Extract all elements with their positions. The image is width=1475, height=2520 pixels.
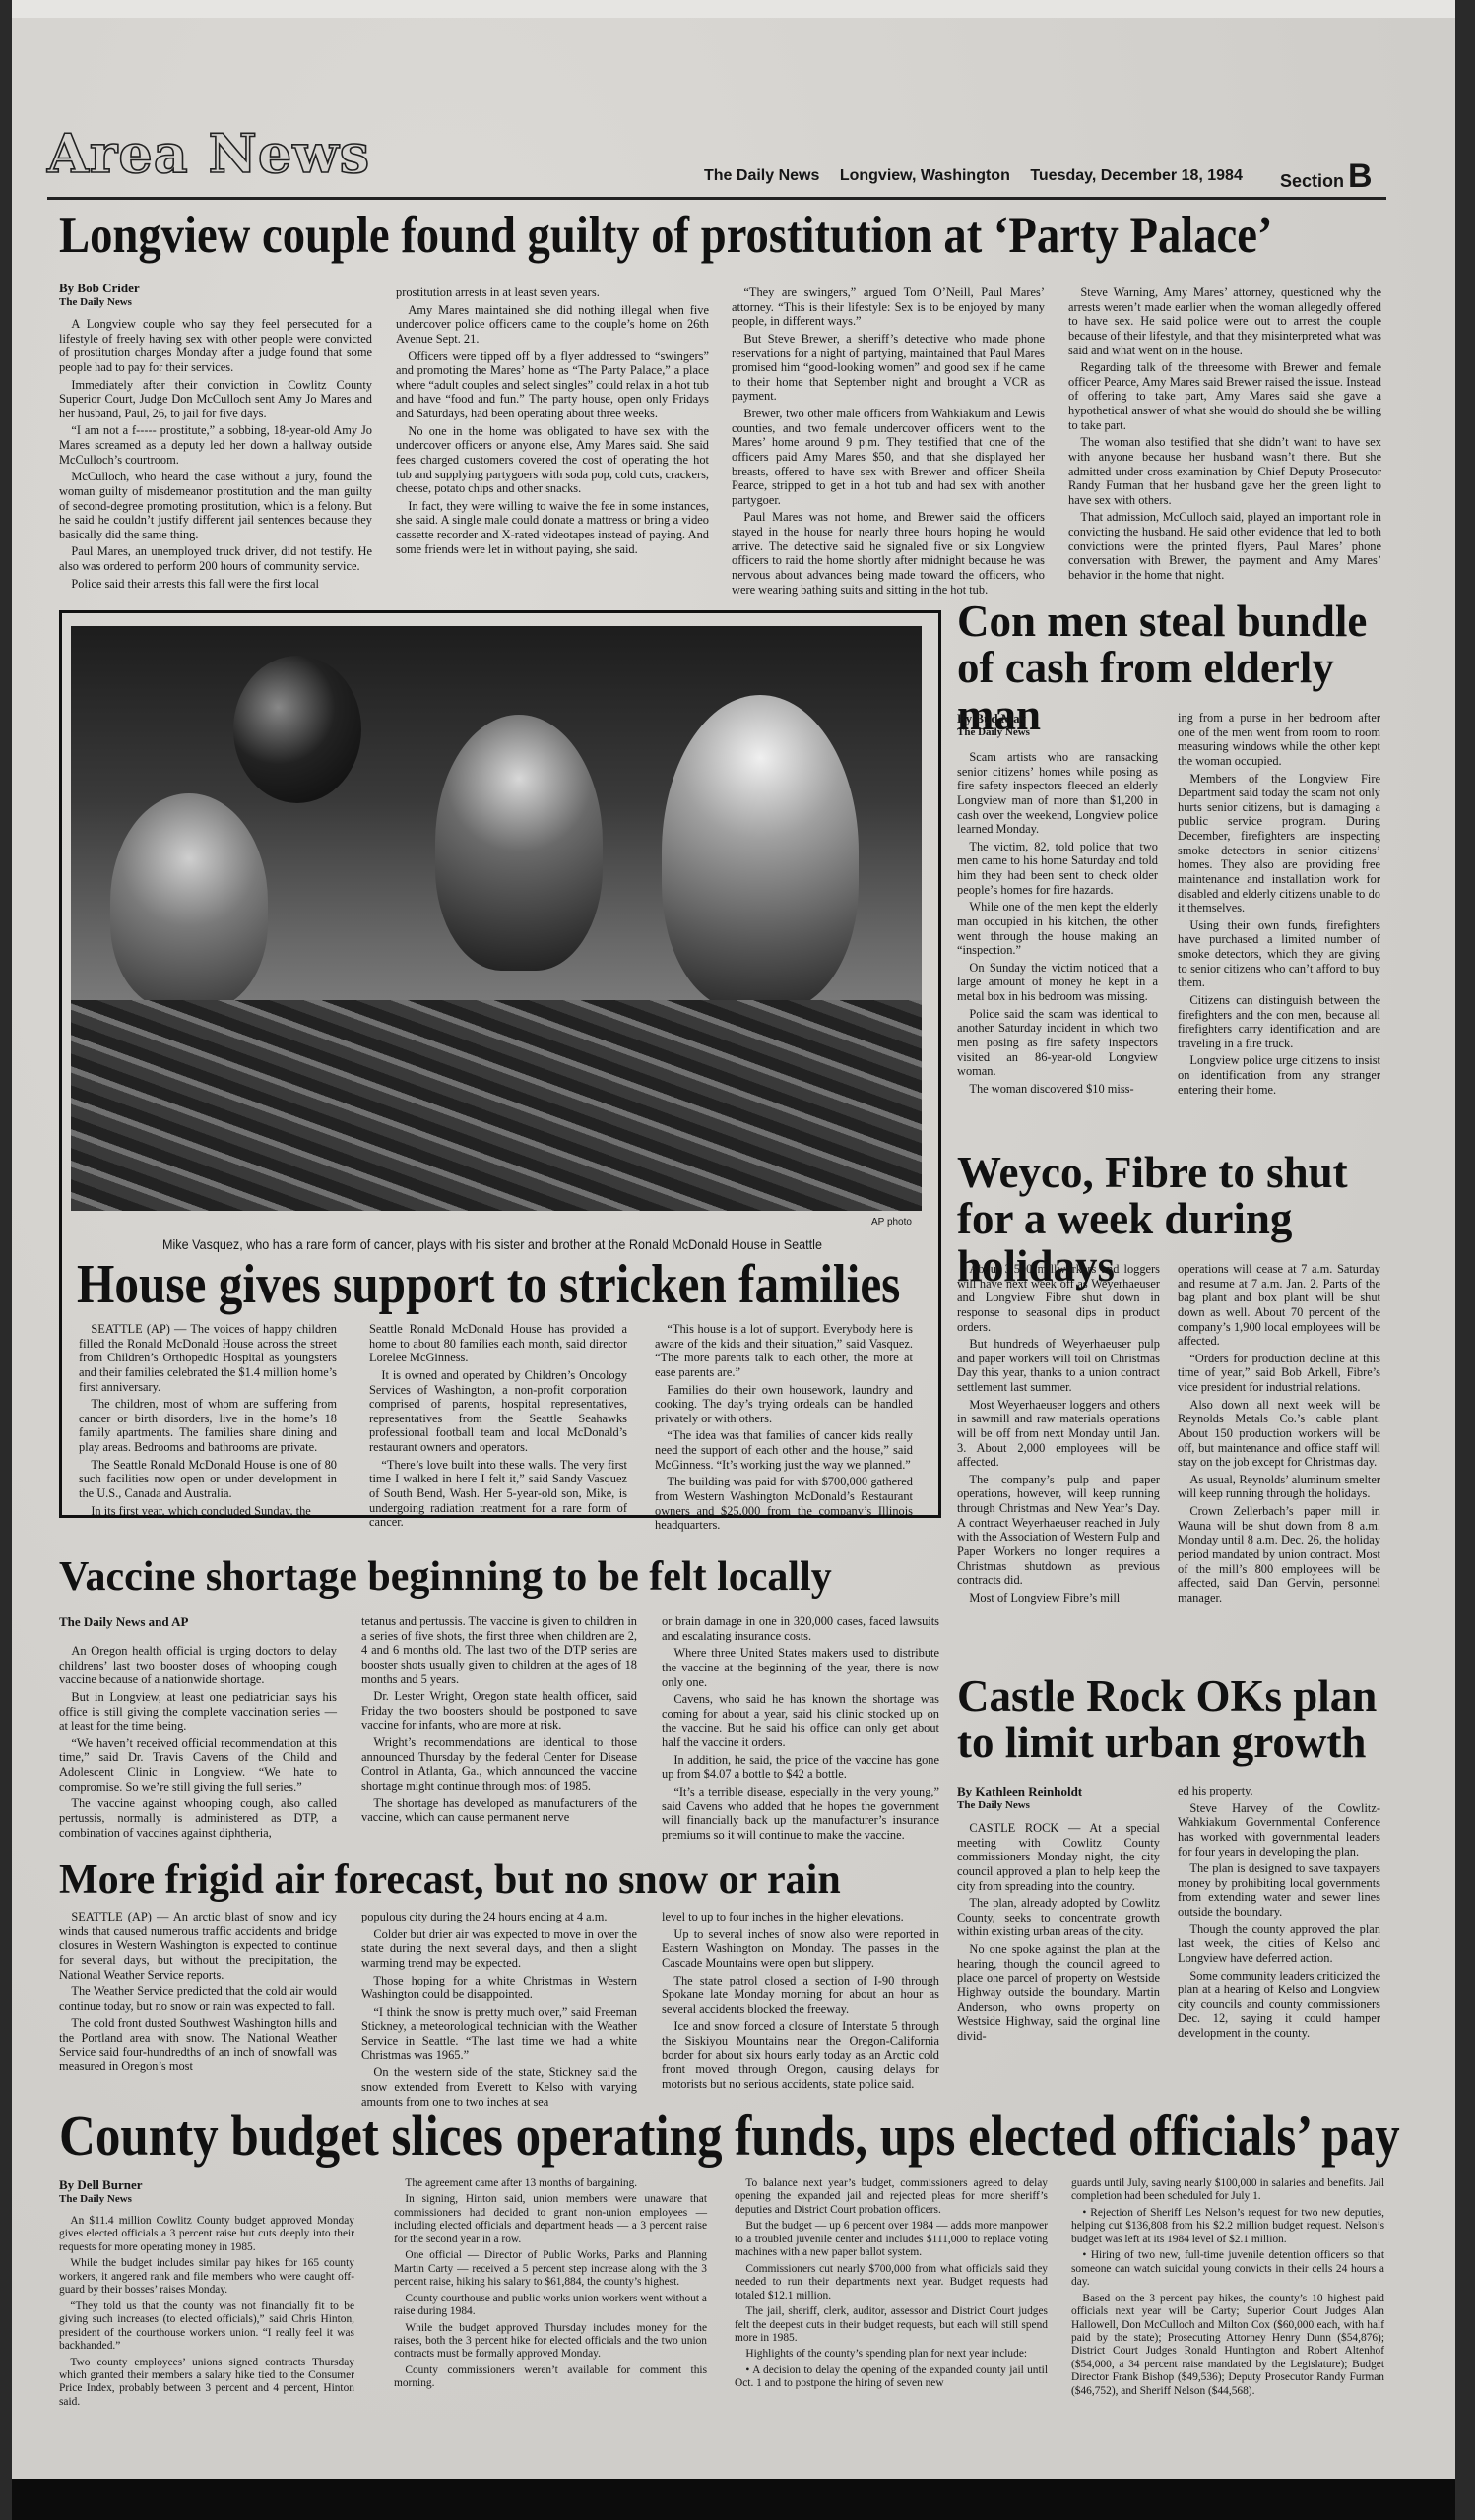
byline: By Bob Crider The Daily News [59, 281, 140, 309]
story-column: “This house is a lot of support. Everybo… [655, 1322, 913, 1536]
byline: By Dell Burner The Daily News [59, 2177, 143, 2206]
paragraph: Officers were tipped off by a flyer addr… [396, 349, 709, 421]
paragraph: McCulloch, who heard the case without a … [59, 470, 372, 541]
paragraph: “This house is a lot of support. Everybo… [655, 1322, 913, 1380]
paragraph: Dr. Lester Wright, Oregon state health o… [361, 1689, 637, 1732]
headline-party-palace: Longview couple found guilty of prostitu… [59, 209, 1272, 264]
paragraph: Highlights of the county’s spending plan… [735, 2348, 1048, 2361]
paragraph: Families do their own housework, laundry… [655, 1383, 913, 1426]
paragraph: SEATTLE (AP) — An arctic blast of snow a… [59, 1910, 337, 1982]
paragraph: Most of Longview Fibre’s mill [957, 1591, 1160, 1606]
paragraph: “It’s a terrible disease, especially in … [662, 1785, 939, 1843]
headline-vaccine: Vaccine shortage beginning to be felt lo… [59, 1555, 832, 1599]
paragraph: Steve Warning, Amy Mares’ attorney, ques… [1068, 285, 1381, 357]
byline-author: By Bud May [957, 711, 1026, 725]
paragraph: Citizens can distinguish between the fir… [1178, 993, 1380, 1051]
paragraph: No one spoke against the plan at the hea… [957, 1942, 1160, 2043]
byline-author: By Bob Crider [59, 281, 140, 295]
paragraph: Amy Mares maintained she did nothing ill… [396, 303, 709, 346]
photo-pinball-table [71, 1000, 922, 1211]
paragraph: Ice and snow forced a closure of Interst… [662, 2019, 939, 2091]
section-indicator: SectionB [1280, 157, 1373, 196]
story-column: To balance next year’s budget, commissio… [735, 2177, 1048, 2394]
photo-figure [110, 793, 268, 1010]
paragraph: But Steve Brewer, a sheriff’s detective … [732, 332, 1045, 404]
section-label-text: Section [1280, 171, 1344, 191]
paragraph: The company’s pulp and paper operations,… [957, 1473, 1160, 1588]
paragraph: The state patrol closed a section of I-9… [662, 1974, 939, 2017]
paragraph: • A decision to delay the opening of the… [735, 2364, 1048, 2391]
paragraph: operations will cease at 7 a.m. Saturday… [1178, 1262, 1380, 1349]
photo-figure [662, 695, 859, 1010]
paragraph: “I think the snow is pretty much over,” … [361, 2005, 637, 2063]
scan-bottom-edge [12, 2479, 1455, 2520]
paragraph: Regarding talk of the threesome with Bre… [1068, 360, 1381, 432]
paragraph: Commissioners cut nearly $700,000 from w… [735, 2263, 1048, 2302]
paragraph: Members of the Longview Fire Department … [1178, 772, 1380, 915]
paragraph: In signing, Hinton said, union members w… [394, 2193, 707, 2246]
headline-county-budget: County budget slices operating funds, up… [59, 2107, 1400, 2167]
paragraph: Longview police urge citizens to insist … [1178, 1053, 1380, 1097]
paragraph: “They told us that the county was not fi… [59, 2300, 354, 2354]
story-column: or brain damage in one in 320,000 cases,… [662, 1614, 939, 1845]
paragraph: “The idea was that families of cancer ki… [655, 1428, 913, 1472]
paragraph: ed his property. [1178, 1784, 1380, 1798]
paragraph: Two county employees’ unions signed cont… [59, 2357, 354, 2410]
paragraph: Scam artists who are ransacking senior c… [957, 750, 1158, 837]
headline-frigid-air: More frigid air forecast, but no snow or… [59, 1858, 841, 1902]
paragraph: • Hiring of two new, full-time juvenile … [1071, 2249, 1384, 2289]
photo-credit: AP photo [871, 1217, 912, 1228]
paragraph: CASTLE ROCK — At a special meeting with … [957, 1821, 1160, 1893]
masthead-info: The Daily News Longview, Washington Tues… [704, 167, 1258, 185]
paragraph: Using their own funds, firefighters have… [1178, 918, 1380, 990]
photo-caption: Mike Vasquez, who has a rare form of can… [102, 1236, 882, 1252]
section-nameplate: Area News [47, 122, 370, 185]
paragraph: The woman also testified that she didn’t… [1068, 435, 1381, 507]
paragraph: guards until July, saving nearly $100,00… [1071, 2177, 1384, 2204]
paragraph: While one of the men kept the elderly ma… [957, 900, 1158, 958]
story-column: Steve Warning, Amy Mares’ attorney, ques… [1068, 285, 1381, 586]
paragraph: SEATTLE (AP) — The voices of happy child… [79, 1322, 337, 1394]
story-column: A Longview couple who say they feel pers… [59, 317, 372, 594]
paragraph: Based on the 3 percent pay hikes, the co… [1071, 2293, 1384, 2399]
balloon-shape [233, 656, 361, 803]
paragraph: The Weather Service predicted that the c… [59, 1984, 337, 2013]
paragraph: No one in the home was obligated to have… [396, 424, 709, 496]
story-column: About 3,500 millworkers and loggers will… [957, 1262, 1160, 1607]
photo-figure [435, 715, 603, 971]
story-column: guards until July, saving nearly $100,00… [1071, 2177, 1384, 2401]
paragraph: Brewer, two other male officers from Wah… [732, 407, 1045, 507]
dateline-location: Longview, Washington [840, 167, 1010, 184]
paragraph: Colder but drier air was expected to mov… [361, 1927, 637, 1971]
paragraph: “We haven’t received official recommenda… [59, 1736, 337, 1795]
paragraph: On Sunday the victim noticed that a larg… [957, 961, 1158, 1004]
paragraph: A Longview couple who say they feel pers… [59, 317, 372, 375]
paragraph: • Rejection of Sheriff Les Nelson’s requ… [1071, 2207, 1384, 2246]
paragraph: The jail, sheriff, clerk, auditor, asses… [735, 2305, 1048, 2345]
paragraph: ing from a purse in her bedroom after on… [1178, 711, 1380, 769]
story-column: ing from a purse in her bedroom after on… [1178, 711, 1380, 1100]
paragraph: On the western side of the state, Stickn… [361, 2065, 637, 2109]
story-column: Seattle Ronald McDonald House has provid… [369, 1322, 627, 1533]
paragraph: The plan is designed to save taxpayers m… [1178, 1861, 1380, 1920]
story-column: operations will cease at 7 a.m. Saturday… [1178, 1262, 1380, 1607]
paragraph: It is owned and operated by Children’s O… [369, 1368, 627, 1455]
paragraph: Most Weyerhaeuser loggers and others in … [957, 1398, 1160, 1470]
paragraph: or brain damage in one in 320,000 cases,… [662, 1614, 939, 1643]
paragraph: The building was paid for with $700,000 … [655, 1475, 913, 1533]
paragraph: The plan, already adopted by Cowlitz Cou… [957, 1896, 1160, 1939]
byline: By Bud May The Daily News [957, 711, 1030, 739]
paragraph: “Orders for production decline at this t… [1178, 1352, 1380, 1395]
byline: The Daily News and AP [59, 1614, 188, 1630]
paragraph: Though the county approved the plan last… [1178, 1922, 1380, 1966]
story-column: tetanus and pertussis. The vaccine is gi… [361, 1614, 637, 1828]
paragraph: Those hoping for a white Christmas in We… [361, 1974, 637, 2002]
paragraph: As usual, Reynolds’ aluminum smelter wil… [1178, 1473, 1380, 1501]
paragraph: County commissioners weren’t available f… [394, 2364, 707, 2391]
masthead-rule [47, 197, 1386, 200]
headline-castle-rock: Castle Rock OKs plan to limit urban grow… [957, 1673, 1390, 1767]
paragraph: In addition, he said, the price of the v… [662, 1753, 939, 1782]
paragraph: To balance next year’s budget, commissio… [735, 2177, 1048, 2217]
paragraph: Paul Mares was not home, and Brewer said… [732, 510, 1045, 597]
paragraph: Seattle Ronald McDonald House has provid… [369, 1322, 627, 1365]
newspaper-name: The Daily News [704, 167, 819, 184]
paragraph: But hundreds of Weyerhaeuser pulp and pa… [957, 1337, 1160, 1395]
paragraph: An $11.4 million Cowlitz County budget a… [59, 2215, 354, 2254]
story-column: prostitution arrests in at least seven y… [396, 285, 709, 559]
paragraph: The agreement came after 13 months of ba… [394, 2177, 707, 2190]
paragraph: level to up to four inches in the higher… [662, 1910, 939, 1924]
paragraph: Wright’s recommendations are identical t… [361, 1735, 637, 1794]
paragraph: Crown Zellerbach’s paper mill in Wauna w… [1178, 1504, 1380, 1605]
paragraph: The children, most of whom are suffering… [79, 1397, 337, 1455]
paragraph: But in Longview, at least one pediatrici… [59, 1690, 337, 1733]
paragraph: prostitution arrests in at least seven y… [396, 285, 709, 300]
story-column: level to up to four inches in the higher… [662, 1910, 939, 2095]
paragraph: An Oregon health official is urging doct… [59, 1644, 337, 1687]
paragraph: Some community leaders criticized the pl… [1178, 1969, 1380, 2041]
story-column: An $11.4 million Cowlitz County budget a… [59, 2215, 354, 2412]
story-column: SEATTLE (AP) — The voices of happy child… [79, 1322, 337, 1521]
paragraph: Paul Mares, an unemployed truck driver, … [59, 544, 372, 573]
paragraph: The shortage has developed as manufactur… [361, 1796, 637, 1825]
paragraph: Steve Harvey of the Cowlitz-Wahkiakum Go… [1178, 1801, 1380, 1859]
byline-source: The Daily News [957, 726, 1030, 739]
byline-source: The Daily News [957, 1799, 1082, 1812]
byline-source: The Daily News [59, 296, 140, 309]
paragraph: Also down all next week will be Reynolds… [1178, 1398, 1380, 1470]
story-column: Scam artists who are ransacking senior c… [957, 750, 1158, 1099]
paragraph: Cavens, who said he has known the shorta… [662, 1692, 939, 1750]
paragraph: The woman discovered $10 miss- [957, 1082, 1158, 1097]
paragraph: In its first year, which concluded Sunda… [79, 1504, 337, 1519]
paragraph: tetanus and pertussis. The vaccine is gi… [361, 1614, 637, 1686]
story-column: An Oregon health official is urging doct… [59, 1644, 337, 1843]
byline: By Kathleen Reinholdt The Daily News [957, 1784, 1082, 1812]
paragraph: The Seattle Ronald McDonald House is one… [79, 1458, 337, 1501]
paragraph: Immediately after their conviction in Co… [59, 378, 372, 421]
paragraph: The cold front dusted Southwest Washingt… [59, 2016, 337, 2074]
paragraph: populous city during the 24 hours ending… [361, 1910, 637, 1924]
paragraph: That admission, McCulloch said, played a… [1068, 510, 1381, 582]
byline-author: By Kathleen Reinholdt [957, 1784, 1082, 1798]
paragraph: While the budget includes similar pay hi… [59, 2257, 354, 2297]
paragraph: About 3,500 millworkers and loggers will… [957, 1262, 1160, 1334]
paragraph: County courthouse and public works union… [394, 2293, 707, 2319]
paragraph: Where three United States makers used to… [662, 1646, 939, 1689]
byline-author: By Dell Burner [59, 2177, 143, 2192]
paragraph: The vaccine against whooping cough, also… [59, 1796, 337, 1840]
headline-house-support: House gives support to stricken families [77, 1256, 900, 1314]
paragraph: Up to several inches of snow also were r… [662, 1927, 939, 1971]
paragraph: The victim, 82, told police that two men… [957, 840, 1158, 898]
story-column: The agreement came after 13 months of ba… [394, 2177, 707, 2394]
paragraph: While the budget approved Thursday inclu… [394, 2322, 707, 2362]
paragraph: Police said the scam was identical to an… [957, 1007, 1158, 1079]
issue-date: Tuesday, December 18, 1984 [1030, 167, 1243, 184]
story-column: SEATTLE (AP) — An arctic blast of snow a… [59, 1910, 337, 2077]
story-column: populous city during the 24 hours ending… [361, 1910, 637, 2111]
paragraph: In fact, they were willing to waive the … [396, 499, 709, 557]
story-column: ed his property. Steve Harvey of the Cow… [1178, 1784, 1380, 2044]
paragraph: “There’s love built into these walls. Th… [369, 1458, 627, 1530]
paragraph: But the budget — up 6 percent over 1984 … [735, 2220, 1048, 2259]
story-column: CASTLE ROCK — At a special meeting with … [957, 1821, 1160, 2046]
paragraph: “They are swingers,” argued Tom O’Neill,… [732, 285, 1045, 329]
paragraph: Police said their arrests this fall were… [59, 577, 372, 592]
photo-children-pinball [71, 626, 922, 1211]
paragraph: One official — Director of Public Works,… [394, 2249, 707, 2289]
byline-source: The Daily News [59, 2193, 143, 2206]
section-letter: B [1348, 157, 1373, 195]
story-column: “They are swingers,” argued Tom O’Neill,… [732, 285, 1045, 599]
paragraph: “I am not a f----- prostitute,” a sobbin… [59, 423, 372, 467]
